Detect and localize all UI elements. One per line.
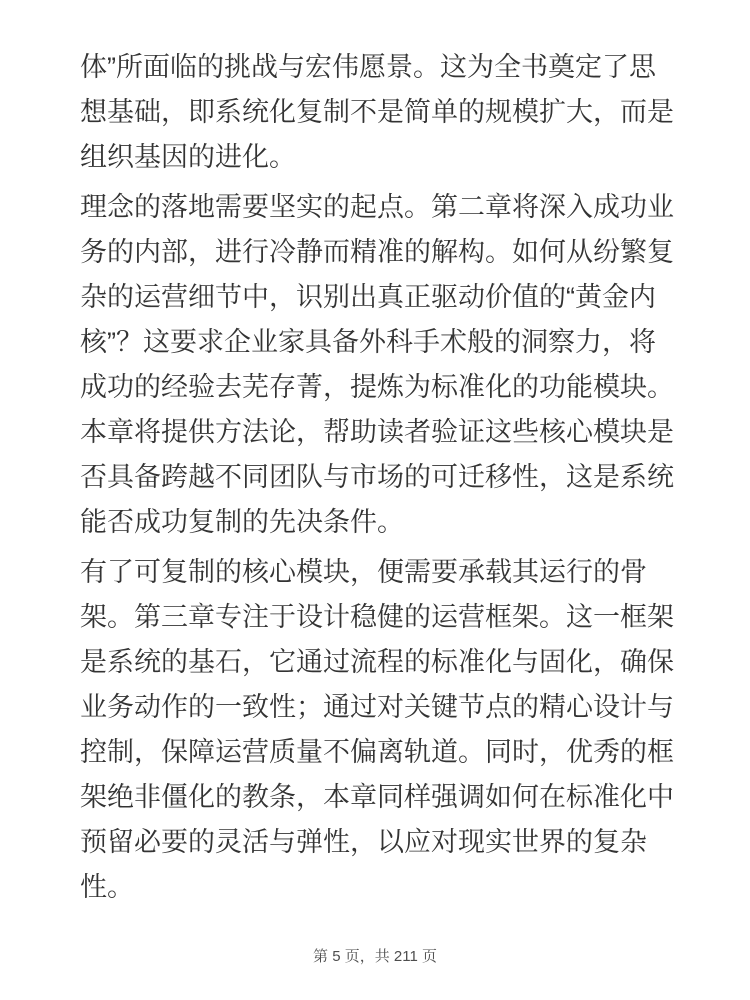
paragraph-3: 有了可复制的核心模块，便需要承载其运行的骨架。第三章专注于设计稳健的运营框架。这…	[80, 550, 677, 910]
document-page: 体”所面临的挑战与宏伟愿景。这为全书奠定了思想基础，即系统化复制不是简单的规模扩…	[0, 0, 750, 1000]
page-text-content: 体”所面临的挑战与宏伟愿景。这为全书奠定了思想基础，即系统化复制不是简单的规模扩…	[80, 45, 677, 915]
page-indicator: 第 5 页，共 211 页	[0, 947, 750, 966]
paragraph-2: 理念的落地需要坚实的起点。第二章将深入成功业务的内部，进行冷静而精准的解构。如何…	[80, 185, 677, 545]
paragraph-1: 体”所面临的挑战与宏伟愿景。这为全书奠定了思想基础，即系统化复制不是简单的规模扩…	[80, 45, 677, 180]
